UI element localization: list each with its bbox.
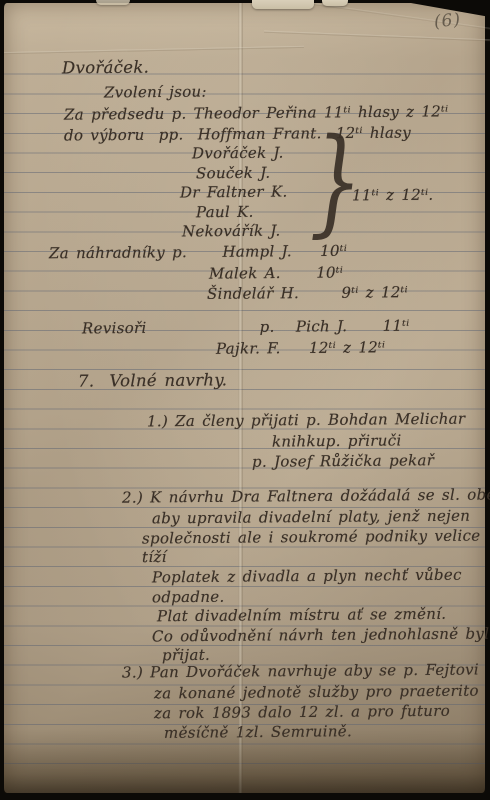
brace: } <box>309 130 362 234</box>
handwritten-line: odpadne. <box>152 588 225 607</box>
handwritten-line: Pajkr. F. 12ᵗⁱ z 12ᵗⁱ <box>216 338 385 357</box>
top-fold-crease <box>264 31 490 42</box>
tape-remnant <box>96 0 130 5</box>
handwritten-line: Paul K. <box>196 203 254 222</box>
handwritten-line: Nekovářík J. <box>182 222 281 241</box>
handwritten-line: Poplatek z divadla a plyn nechť vůbec <box>152 566 462 587</box>
handwritten-line: Šindelář H. 9ᵗⁱ z 12ᵗⁱ <box>207 283 408 303</box>
handwritten-line: Dvořáček. <box>62 59 149 78</box>
handwritten-line: 1.) Za členy přijati p. Bohdan Melichar <box>147 410 465 431</box>
handwritten-line: Za náhradníky p. Hampl J. 10ᵗⁱ <box>49 242 347 263</box>
handwritten-line: za rok 1893 dalo 12 zl. a pro futuro <box>154 702 450 723</box>
paper-sheet: (6) Dvořáček. Zvolení jsou: Za předsedu … <box>4 3 485 793</box>
handwritten-line: Plat divadelním místru ať se změní. <box>157 605 446 626</box>
handwritten-line: 3.) Pan Dvořáček navrhuje aby se p. Fejt… <box>122 660 479 681</box>
handwritten-line: Souček J. <box>196 164 271 183</box>
handwritten-line: Dvořáček J. <box>192 144 284 163</box>
handwritten-line: p. Josef Růžička pekař <box>252 451 434 471</box>
handwritten-line: aby upravila divadelní platy, jenž nejen <box>152 507 470 528</box>
handwritten-line: za konané jednotě služby pro praeterito <box>154 682 479 703</box>
tape-remnant <box>252 0 314 9</box>
top-fold-crease <box>4 46 304 54</box>
handwritten-line: 7. Volné navrhy. <box>78 371 227 390</box>
tape-remnant <box>322 0 348 6</box>
handwritten-line: Zvolení jsou: <box>104 83 207 102</box>
handwritten-line: Dr Faltner K. <box>180 183 288 202</box>
handwritten-line: 11ᵗⁱ z 12ᵗⁱ. <box>352 186 434 205</box>
handwritten-line: knihkup. přiruči <box>272 431 402 450</box>
scanned-document: (6) Dvořáček. Zvolení jsou: Za předsedu … <box>0 0 490 800</box>
handwritten-line: 2.) K návrhu Dra Faltnera dožádalá se sl… <box>122 485 490 506</box>
handwritten-line: Revisoři p. Pich J. 11ᵗⁱ <box>82 317 410 338</box>
handwritten-line: přijat. <box>162 646 210 664</box>
handwritten-line: Za předsedu p. Theodor Peřina 11ᵗⁱ hlasy… <box>64 102 449 123</box>
handwritten-line: tíží <box>142 548 167 566</box>
handwritten-line: společnosti ale i soukromé podniky velic… <box>142 527 481 548</box>
handwritten-line: měsíčně 1zl. Semruině. <box>164 722 352 742</box>
page-number: (6) <box>433 10 462 33</box>
handwritten-line: Co odůvodnění návrh ten jednohlasně byl <box>152 625 489 646</box>
handwritten-line: Malek A. 10ᵗⁱ <box>209 263 343 282</box>
